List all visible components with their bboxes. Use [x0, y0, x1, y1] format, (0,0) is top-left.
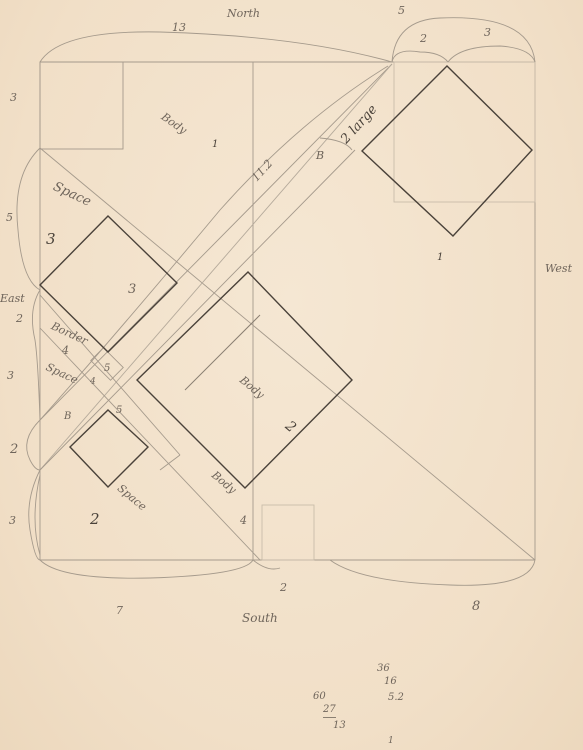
- dim-arc-bottom-left: [40, 560, 253, 578]
- bottom-small-square: [262, 505, 314, 560]
- dim-left-d: 3: [9, 515, 16, 526]
- dim-top-right-total: 5: [398, 5, 405, 16]
- dim-bottom-left: 7: [116, 605, 123, 616]
- dim-top-total: 13: [172, 22, 186, 33]
- dim-top-right-a: 2: [420, 33, 427, 44]
- calc-a3: 13: [333, 721, 346, 731]
- dim-bottom-right: 8: [472, 600, 480, 613]
- dim-arc-top-right: [392, 18, 535, 62]
- south-label: South: [242, 612, 278, 624]
- body-lower-num: 4: [240, 515, 247, 526]
- dim-left-a: 5: [6, 212, 13, 223]
- sketch-drawing: [0, 0, 583, 750]
- top-left-square: [40, 62, 123, 149]
- east-num: 2: [16, 313, 23, 324]
- dim-left-b: 3: [7, 370, 14, 381]
- mark-1b: 1: [388, 737, 394, 746]
- dim-arc-bottom-right: [330, 560, 535, 585]
- square-3-label: 3: [128, 283, 136, 296]
- north-label: North: [227, 8, 260, 19]
- main-diagonal: [40, 148, 535, 560]
- mark-a: 5: [104, 364, 110, 374]
- border-left-num: 4: [62, 345, 69, 356]
- east-label: East: [0, 293, 25, 304]
- calc-b3: 5.2: [388, 693, 404, 703]
- mark-1: 1: [212, 140, 218, 150]
- dim-arc-left-5: [17, 148, 40, 290]
- dim-top-right-b: 3: [484, 27, 491, 38]
- dim-left-top: 3: [10, 92, 17, 103]
- west-label: West: [545, 263, 572, 274]
- dim-left-c: 2: [10, 443, 18, 456]
- calc-b2: 16: [384, 677, 397, 687]
- calc-a1: 60: [313, 692, 326, 702]
- region-2-label: 2: [90, 512, 100, 527]
- band-seg-b: B: [316, 150, 324, 161]
- calc-a2: 27: [323, 705, 336, 718]
- mark-d: B: [64, 412, 71, 422]
- dim-arc-top: [40, 32, 392, 62]
- mark-b: 4: [90, 378, 96, 387]
- square-1-label: 1: [437, 253, 443, 263]
- diamond-square-1: [362, 66, 532, 236]
- calc-b1: 36: [377, 664, 390, 674]
- band-line-lower-faint: [40, 64, 392, 470]
- mark-c: 5: [116, 406, 122, 416]
- dim-bottom-mid: 2: [280, 582, 287, 593]
- square-3-side-label: 3: [46, 232, 56, 247]
